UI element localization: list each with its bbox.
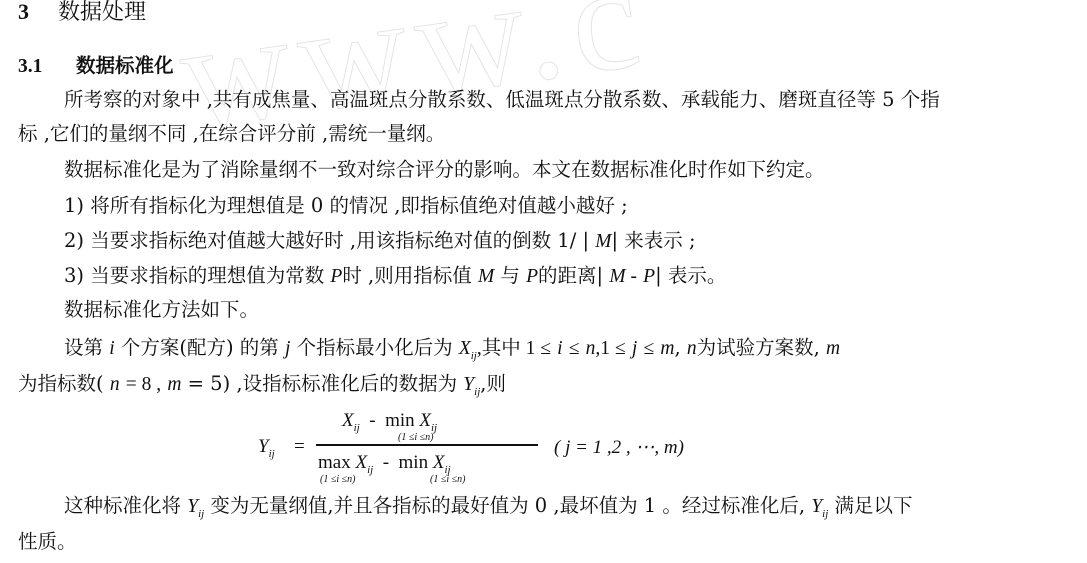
- text: 个指标最小化后为: [297, 336, 453, 359]
- text: ,其中 1 ≤: [477, 338, 551, 359]
- text: 为试验方案数,: [697, 336, 820, 359]
- var-M: M: [478, 266, 494, 287]
- var-P: P: [526, 266, 538, 287]
- var-n: n: [110, 374, 120, 395]
- text: 3) 当要求指标的理想值为常数: [64, 264, 324, 287]
- var-Y: Y: [463, 374, 474, 395]
- formula-numerator: Xij - min Xij: [342, 410, 437, 434]
- formula-denominator: max Xij - min Xij: [318, 452, 451, 476]
- text: ≤: [643, 338, 654, 359]
- subsection-number: 3.1: [18, 55, 76, 79]
- text: ≤: [569, 338, 580, 359]
- paragraph-line: 为指标数( n = 8 , m = 5) ,设指标标准化后的数据为 Yij,则: [18, 372, 506, 404]
- paragraph-line: 数据标准化方法如下。: [64, 298, 259, 322]
- text: | 表示。: [655, 264, 726, 287]
- var-Y: Y: [811, 496, 822, 517]
- paragraph-line: 标 ,它们的量纲不同 ,在综合评分前 ,需统一量纲。: [18, 122, 445, 146]
- paragraph-line: 设第 i 个方案(配方) 的第 j 个指标最小化后为 Xij,其中 1 ≤ i …: [64, 336, 840, 368]
- subscript: ij: [198, 508, 204, 520]
- subsection-title: 数据标准化: [76, 54, 174, 77]
- var-n: n: [586, 338, 596, 359]
- text: 满足以下: [835, 494, 913, 517]
- var-X: X: [459, 338, 471, 359]
- formula-min-range: (1 ≤i ≤n): [430, 474, 465, 485]
- paragraph-line: 这种标准化将 Yij 变为无量纲值,并且各指标的最好值为 0 ,最坏值为 1 。…: [64, 494, 913, 526]
- subscript: ij: [822, 508, 828, 520]
- rule-2: 2) 当要求指标绝对值越大越好时 ,用该指标绝对值的倒数 1/ | M| 来表示…: [64, 229, 696, 254]
- formula-lhs: Yij: [258, 436, 275, 460]
- var-P: P: [330, 266, 342, 287]
- text: 时 ,则用指标值: [342, 264, 471, 287]
- formula-equals: =: [294, 436, 305, 458]
- paragraph-line: 所考察的对象中 ,共有成焦量、高温斑点分散系数、低温斑点分散系数、承载能力、磨斑…: [64, 88, 940, 112]
- text: = 5) ,设指标标准化后的数据为: [188, 372, 457, 395]
- text: 的距离|: [538, 264, 603, 287]
- paragraph-line: 性质。: [18, 530, 77, 554]
- section-number: 3: [18, 0, 58, 24]
- var-P: P: [643, 266, 655, 287]
- text: 与: [500, 264, 520, 287]
- text: ,则: [480, 372, 506, 395]
- text: | 来表示 ;: [612, 229, 696, 252]
- text: 2) 当要求指标绝对值越大越好时 ,用该指标绝对值的倒数 1/ |: [64, 229, 589, 252]
- section-title: 数据处理: [58, 0, 146, 25]
- var-j: j: [285, 338, 290, 359]
- var-i: i: [557, 338, 562, 359]
- text: 这种标准化将: [64, 494, 181, 517]
- normalization-formula: Yij = Xij - min Xij (1 ≤i ≤n) max Xij - …: [258, 408, 738, 488]
- var-j: j: [632, 338, 637, 359]
- rule-3: 3) 当要求指标的理想值为常数 P时 ,则用指标值 M 与 P的距离| M - …: [64, 264, 726, 289]
- text: 变为无量纲值,并且各指标的最好值为 0 ,最坏值为 1 。经过标准化后,: [210, 494, 805, 517]
- text: 设第: [64, 336, 103, 359]
- var-m: m: [660, 338, 674, 359]
- section-heading: 3数据处理: [18, 0, 146, 25]
- var-M: M: [595, 231, 611, 252]
- var-i: i: [109, 338, 114, 359]
- text: 个方案(配方) 的第: [121, 336, 279, 359]
- var-n: n: [687, 338, 697, 359]
- var-Y: Y: [187, 496, 198, 517]
- text: = 8 ,: [126, 374, 161, 395]
- text: 为指标数(: [18, 372, 104, 395]
- var-m: m: [167, 374, 181, 395]
- fraction-bar: [316, 444, 538, 446]
- text: ,: [674, 336, 680, 359]
- paragraph-line: 数据标准化是为了消除量纲不一致对综合评分的影响。本文在数据标准化时作如下约定。: [64, 158, 825, 182]
- subsection-heading: 3.1数据标准化: [18, 54, 174, 79]
- formula-min-range: (1 ≤i ≤n): [398, 432, 433, 443]
- rule-1: 1) 将所有指标化为理想值是 0 的情况 ,即指标值绝对值越小越好 ;: [64, 194, 628, 218]
- text: ,1 ≤: [595, 338, 625, 359]
- expr-M-minus: M -: [609, 266, 637, 287]
- formula-max-range: (1 ≤i ≤n): [320, 474, 355, 485]
- formula-condition: ( j = 1 ,2 , ⋯, m): [554, 436, 684, 459]
- var-m: m: [826, 338, 840, 359]
